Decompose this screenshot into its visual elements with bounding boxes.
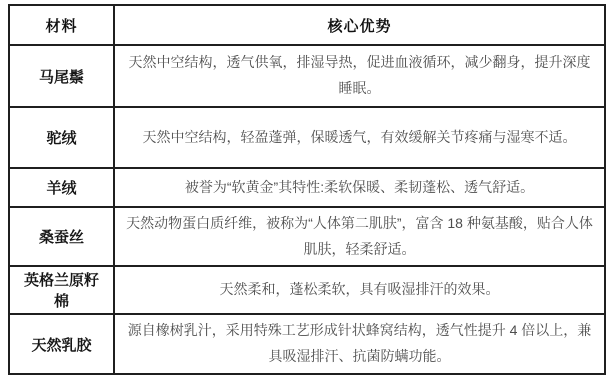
table-row: 驼绒 天然中空结构，轻盈蓬弹，保暖透气，有效缓解关节疼痛与湿寒不适。 [9,107,605,168]
material-cell: 驼绒 [9,107,114,168]
advantage-cell: 天然中空结构，轻盈蓬弹，保暖透气，有效缓解关节疼痛与湿寒不适。 [114,107,605,168]
material-cell: 桑蚕丝 [9,207,114,266]
table-row: 天然乳胶 源自橡树乳汁，采用特殊工艺形成针状蜂窝结构，透气性提升 4 倍以上，兼… [9,314,605,374]
material-cell: 英格兰原籽棉 [9,266,114,314]
advantage-cell: 天然动物蛋白质纤维，被称为“人体第二肌肤”，富含 18 种氨基酸，贴合人体肌肤，… [114,207,605,266]
materials-table-container: 材料 核心优势 马尾鬃 天然中空结构，透气供氧，排湿导热，促进血液循环，减少翻身… [8,4,606,375]
table-row: 马尾鬃 天然中空结构，透气供氧，排湿导热，促进血液循环，减少翻身，提升深度睡眠。 [9,45,605,107]
table-row: 英格兰原籽棉 天然柔和，蓬松柔软，具有吸湿排汗的效果。 [9,266,605,314]
materials-table: 材料 核心优势 马尾鬃 天然中空结构，透气供氧，排湿导热，促进血液循环，减少翻身… [8,4,606,375]
header-advantage: 核心优势 [114,5,605,45]
advantage-cell: 天然中空结构，透气供氧，排湿导热，促进血液循环，减少翻身，提升深度睡眠。 [114,45,605,107]
table-row: 桑蚕丝 天然动物蛋白质纤维，被称为“人体第二肌肤”，富含 18 种氨基酸，贴合人… [9,207,605,266]
material-cell: 马尾鬃 [9,45,114,107]
advantage-cell: 源自橡树乳汁，采用特殊工艺形成针状蜂窝结构，透气性提升 4 倍以上，兼具吸湿排汗… [114,314,605,374]
table-row: 羊绒 被誉为“软黄金”其特性:柔软保暖、柔韧蓬松、透气舒适。 [9,168,605,207]
advantage-cell: 天然柔和，蓬松柔软，具有吸湿排汗的效果。 [114,266,605,314]
material-cell: 羊绒 [9,168,114,207]
advantage-cell: 被誉为“软黄金”其特性:柔软保暖、柔韧蓬松、透气舒适。 [114,168,605,207]
header-material: 材料 [9,5,114,45]
table-header-row: 材料 核心优势 [9,5,605,45]
material-cell: 天然乳胶 [9,314,114,374]
